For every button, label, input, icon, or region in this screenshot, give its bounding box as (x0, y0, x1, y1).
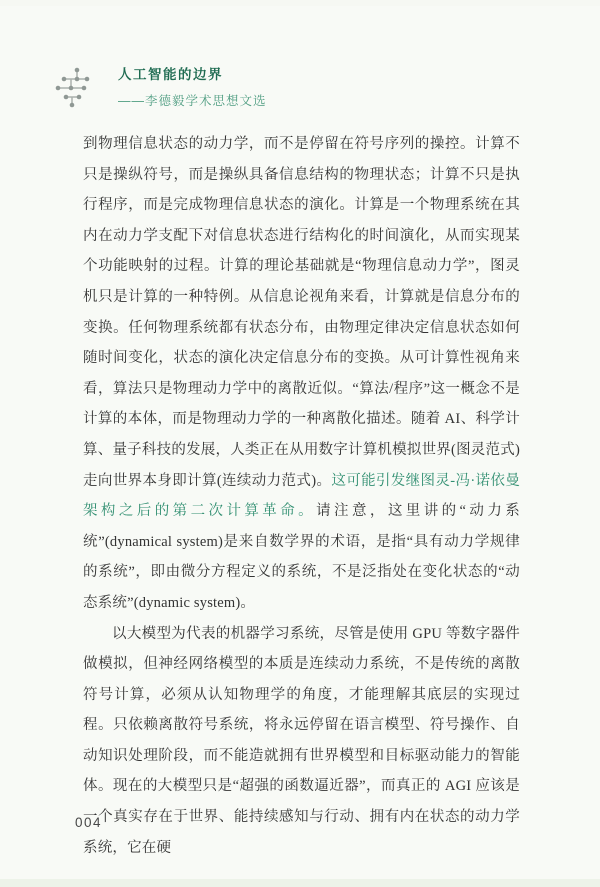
body-text-block: 到物理信息状态的动力学，而不是停留在符号序列的操控。计算不只是操纵符号，而是操纵… (83, 129, 520, 863)
body-paragraph-1: 到物理信息状态的动力学，而不是停留在符号序列的操控。计算不只是操纵符号，而是操纵… (83, 129, 520, 619)
book-title: 人工智能的边界 (118, 63, 267, 83)
header-text-block: 人工智能的边界 ——李德毅学术思想文选 (118, 62, 267, 109)
book-page: 人工智能的边界 ——李德毅学术思想文选 到物理信息状态的动力学，而不是停留在符号… (0, 0, 600, 887)
running-header: 人工智能的边界 ——李德毅学术思想文选 (54, 62, 267, 112)
body-paragraph-2: 以大模型为代表的机器学习系统，尽管是使用 GPU 等数字器件做模拟，但神经网络模… (83, 619, 520, 864)
book-subtitle: ——李德毅学术思想文选 (118, 91, 267, 109)
page-number: 004 (75, 815, 102, 830)
paragraph-1-text-after: 请注意，这里讲的“动力系统”(dynamical system)是来自数学界的术… (83, 503, 520, 611)
dot-network-logo-icon (54, 64, 98, 112)
page-bottom-edge (0, 879, 600, 887)
paragraph-1-text: 到物理信息状态的动力学，而不是停留在符号序列的操控。计算不只是操纵符号，而是操纵… (83, 136, 520, 489)
